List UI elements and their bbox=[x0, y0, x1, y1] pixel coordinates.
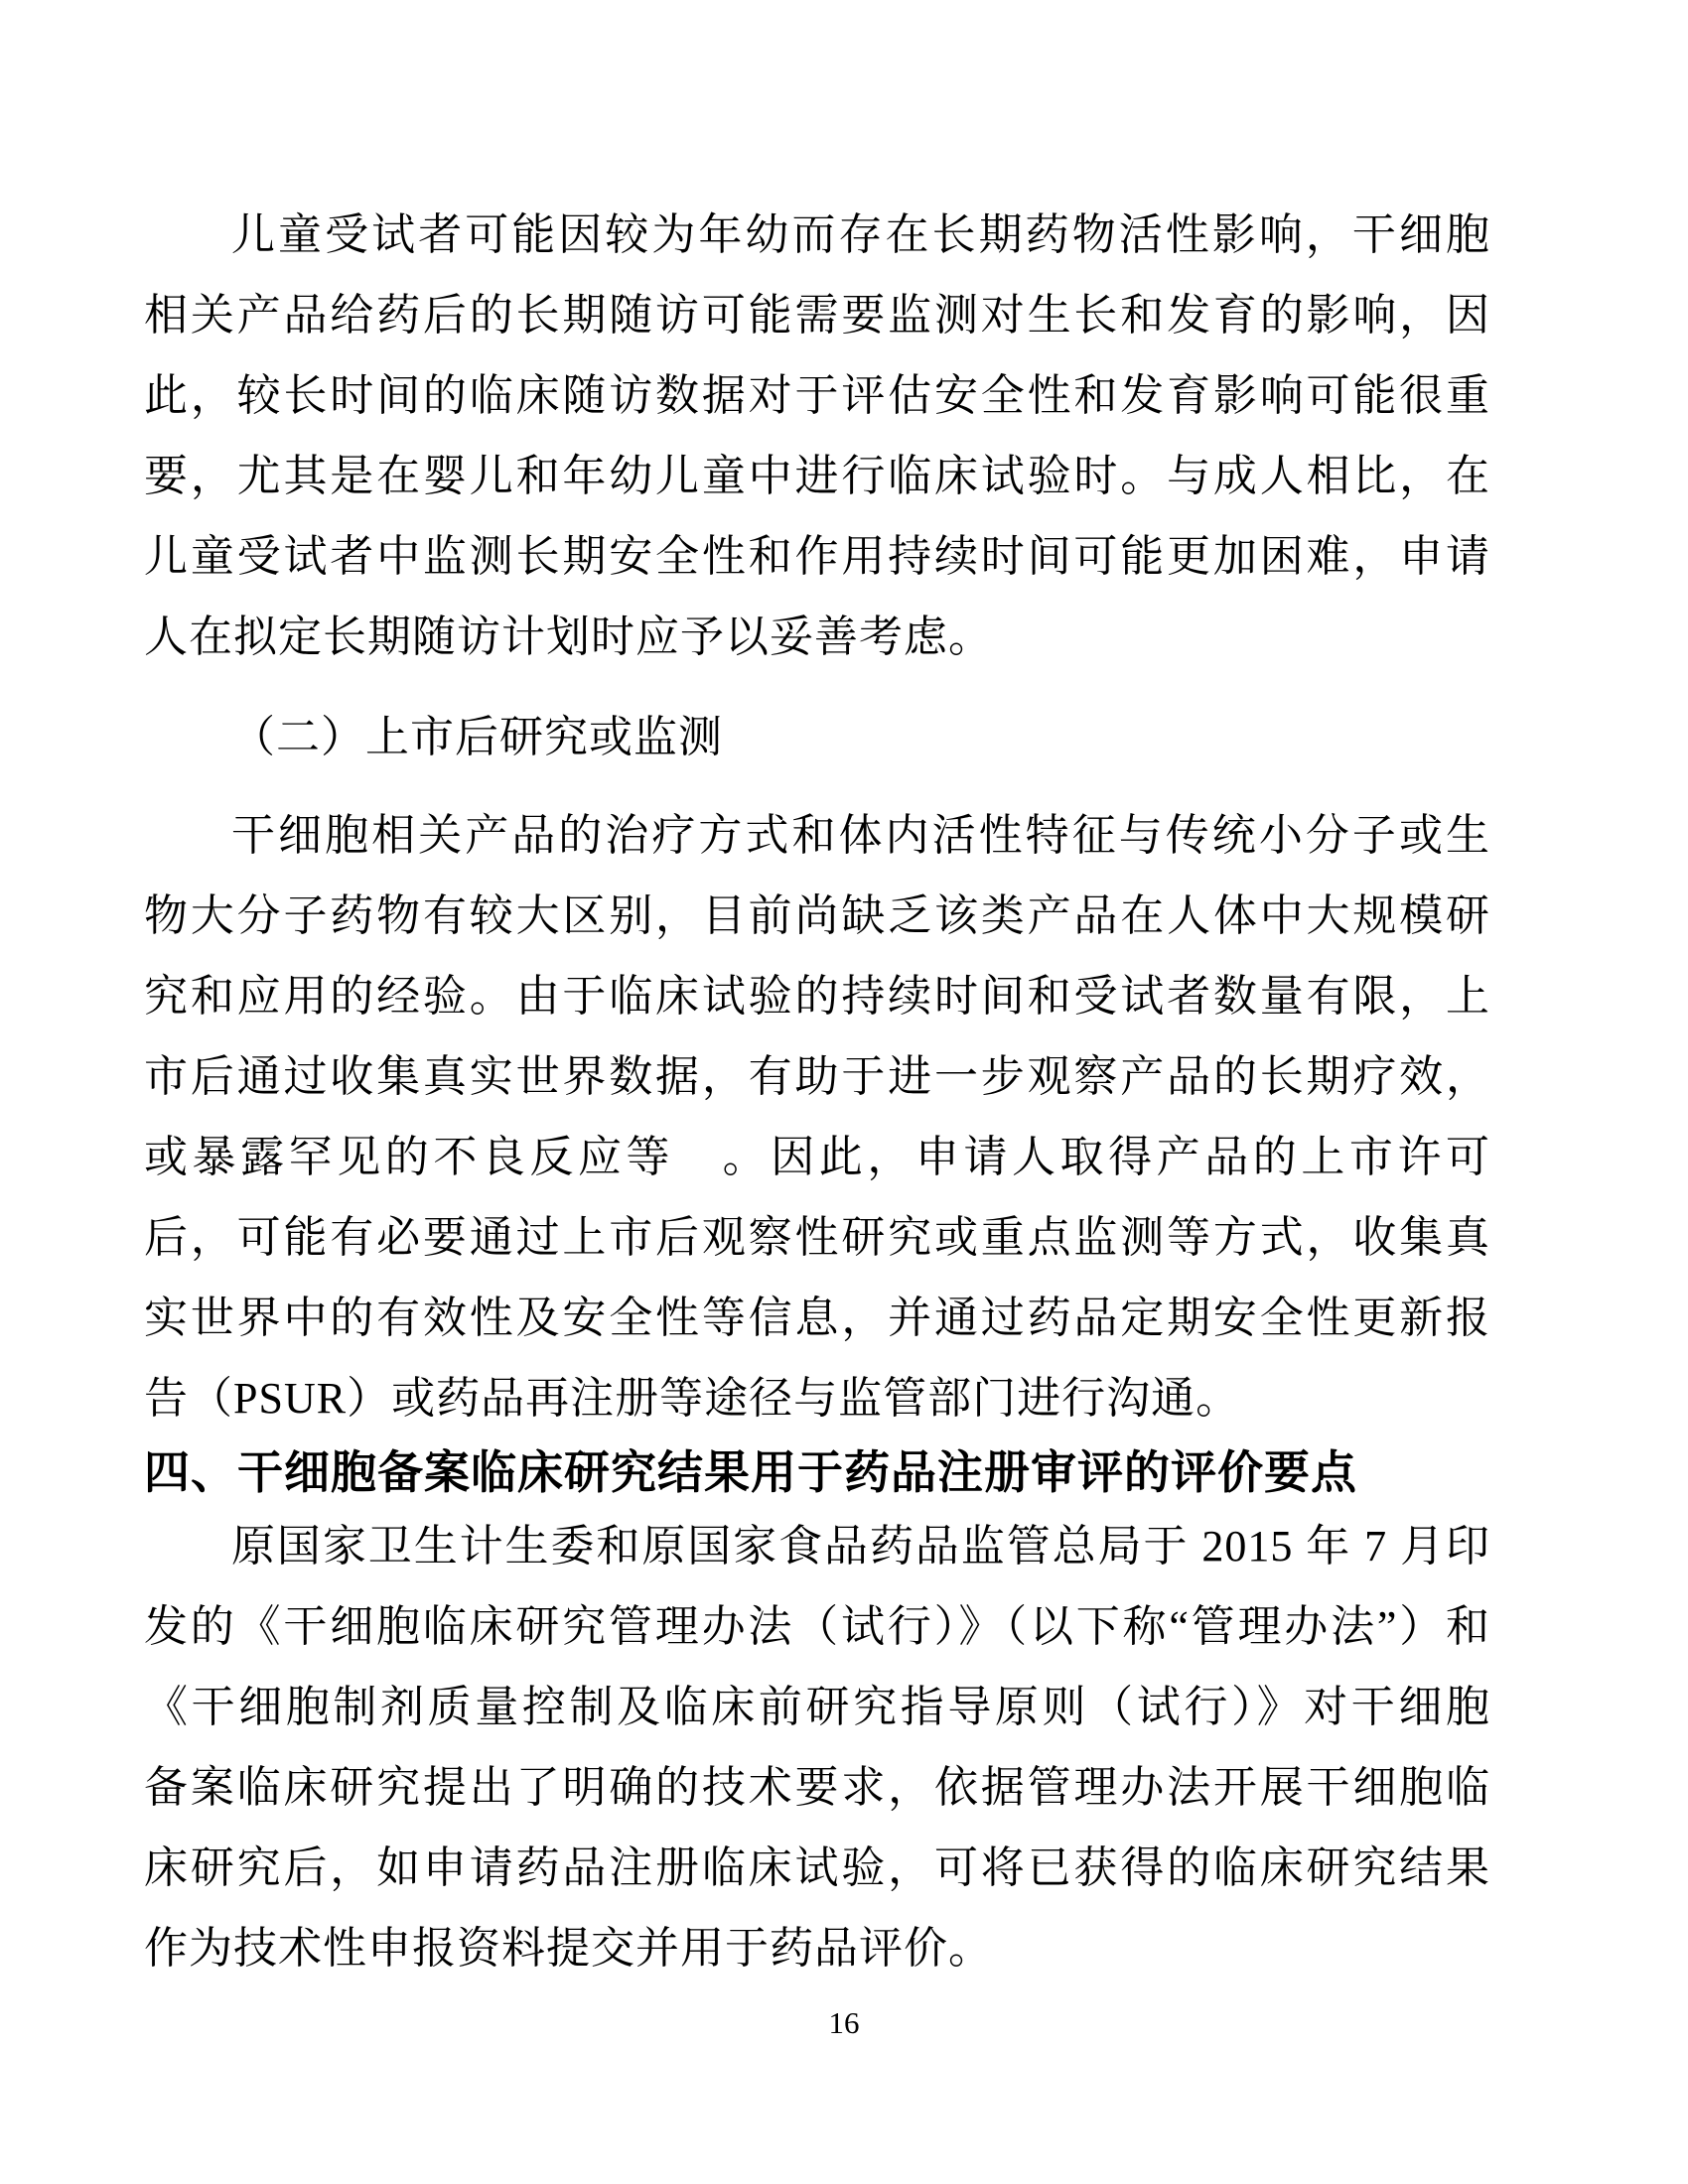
body-line: 市后通过收集真实世界数据，有助于进一步观察产品的长期疗效， bbox=[144, 1036, 1490, 1117]
body-line: 发的《干细胞临床研究管理办法（试行）》（以下称“管理办法”）和 bbox=[144, 1586, 1490, 1667]
page-number: 16 bbox=[0, 2003, 1688, 2043]
body-line: 儿童受试者中监测长期安全性和作用持续时间可能更加困难，申请 bbox=[144, 516, 1490, 597]
body-line: 实世界中的有效性及安全性等信息，并通过药品定期安全性更新报 bbox=[144, 1278, 1490, 1358]
body-line: 后，可能有必要通过上市后观察性研究或重点监测等方式，收集真 bbox=[144, 1197, 1490, 1278]
document-page: 儿童受试者可能因较为年幼而存在长期药物活性影响，干细胞 相关产品给药后的长期随访… bbox=[0, 0, 1688, 2184]
section-subheading: （二）上市后研究或监测 bbox=[144, 697, 1490, 777]
paragraph-2: 干细胞相关产品的治疗方式和体内活性特征与传统小分子或生 物大分子药物有较大区别，… bbox=[144, 795, 1490, 1438]
paragraph-1: 儿童受试者可能因较为年幼而存在长期药物活性影响，干细胞 相关产品给药后的长期随访… bbox=[144, 195, 1490, 677]
body-line: 要，尤其是在婴儿和年幼儿童中进行临床试验时。与成人相比，在 bbox=[144, 436, 1490, 516]
body-line: 作为技术性申报资料提交并用于药品评价。 bbox=[144, 1908, 1490, 1988]
body-line: 或暴露罕见的不良反应等 。因此，申请人取得产品的上市许可 bbox=[144, 1117, 1490, 1197]
body-line: 相关产品给药后的长期随访可能需要监测对生长和发育的影响，因 bbox=[144, 275, 1490, 355]
body-line: 此，较长时间的临床随访数据对于评估安全性和发育影响可能很重 bbox=[144, 355, 1490, 436]
page-content: 儿童受试者可能因较为年幼而存在长期药物活性影响，干细胞 相关产品给药后的长期随访… bbox=[144, 195, 1490, 1988]
body-line: 床研究后，如申请药品注册临床试验，可将已获得的临床研究结果 bbox=[144, 1828, 1490, 1908]
section-heading: 四、干细胞备案临床研究结果用于药品注册审评的评价要点 bbox=[144, 1438, 1490, 1506]
body-line: 《干细胞制剂质量控制及临床前研究指导原则（试行）》对干细胞 bbox=[144, 1667, 1490, 1747]
body-line: 备案临床研究提出了明确的技术要求，依据管理办法开展干细胞临 bbox=[144, 1747, 1490, 1828]
body-line: 告（PSUR）或药品再注册等途径与监管部门进行沟通。 bbox=[144, 1358, 1490, 1438]
paragraph-3: 原国家卫生计生委和原国家食品药品监管总局于 2015 年 7 月印 发的《干细胞… bbox=[144, 1506, 1490, 1988]
body-line: 究和应用的经验。由于临床试验的持续时间和受试者数量有限，上 bbox=[144, 956, 1490, 1036]
body-line: 干细胞相关产品的治疗方式和体内活性特征与传统小分子或生 bbox=[144, 795, 1490, 876]
body-line: 人在拟定长期随访计划时应予以妥善考虑。 bbox=[144, 597, 1490, 677]
body-line: 原国家卫生计生委和原国家食品药品监管总局于 2015 年 7 月印 bbox=[144, 1506, 1490, 1586]
body-line: 儿童受试者可能因较为年幼而存在长期药物活性影响，干细胞 bbox=[144, 195, 1490, 275]
body-line: 物大分子药物有较大区别，目前尚缺乏该类产品在人体中大规模研 bbox=[144, 876, 1490, 956]
